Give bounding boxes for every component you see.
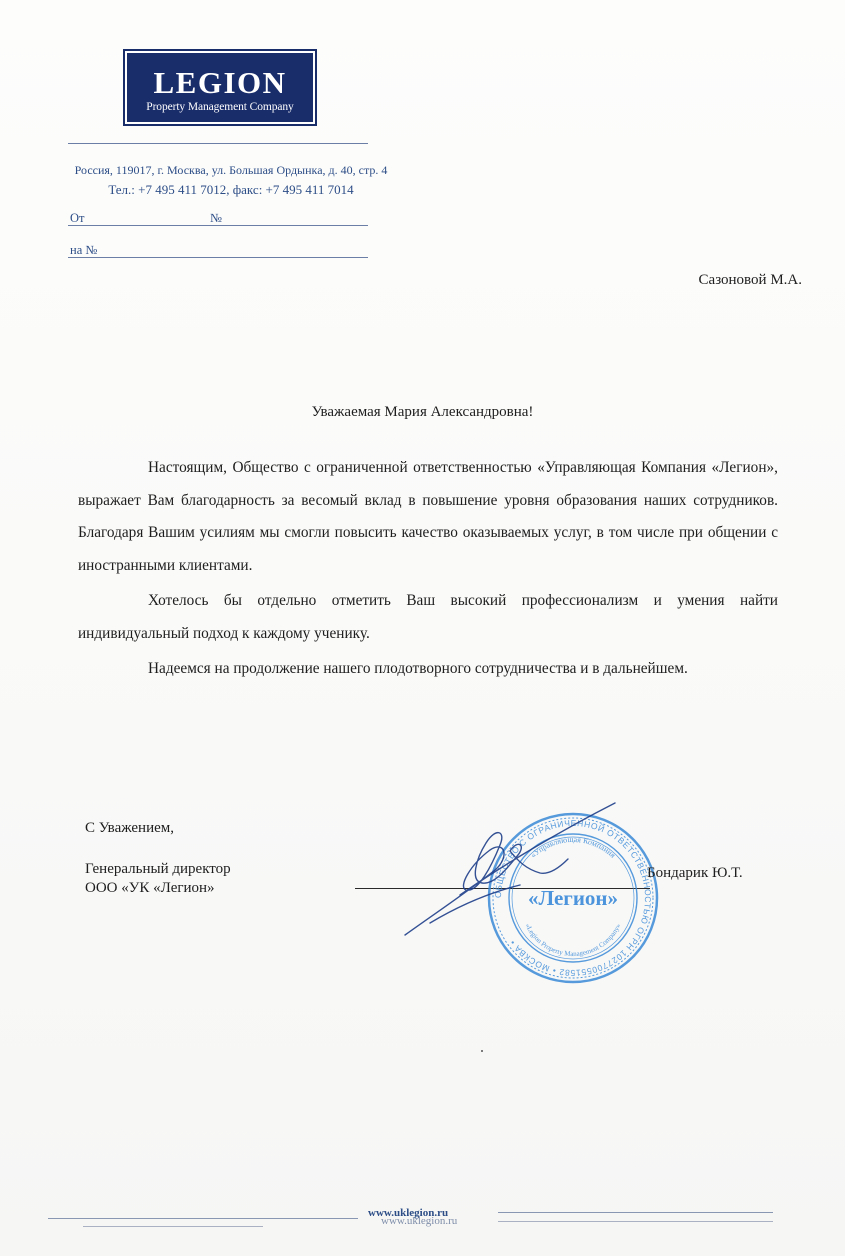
company-logo: LEGION Property Management Company [123,49,317,126]
from-field-line [68,225,368,226]
footer-website-shadow: www.uklegion.ru [381,1216,457,1227]
paper-speck [481,1050,483,1052]
footer-line [48,1218,358,1219]
body-paragraph: Надеемся на продолжение нашего плодотвор… [78,653,778,686]
footer-line [498,1221,773,1222]
closing-regards: С Уважением, [85,818,174,838]
footer-line [498,1212,773,1213]
ref-number-label: на № [70,244,97,257]
company-address: Россия, 119017, г. Москва, ул. Большая О… [58,164,404,176]
signer-position: Генеральный директор [85,859,231,879]
logo-subtitle: Property Management Company [125,102,315,114]
signer-company: ООО «УК «Легион» [85,878,215,898]
company-phone: Тел.: +7 495 411 7012, факс: +7 495 411 … [58,183,404,196]
number-label: № [210,212,222,225]
signer-name: Бондарик Ю.Т. [647,865,743,882]
signature-icon [400,795,620,945]
body-paragraph: Настоящим, Общество с ограниченной ответ… [78,452,778,582]
letter-body: Настоящим, Общество с ограниченной ответ… [78,452,778,686]
body-paragraph: Хотелось бы отдельно отметить Ваш высоки… [78,585,778,650]
from-label: От [70,212,85,225]
logo-name: LEGION [125,67,315,98]
ref-field-line [68,257,368,258]
footer-line [83,1226,263,1227]
letter-page: LEGION Property Management Company Росси… [0,0,845,1256]
recipient: Сазоновой М.А. [699,272,802,289]
salutation: Уважаемая Мария Александровна! [0,404,845,421]
letterhead-divider [68,143,368,144]
